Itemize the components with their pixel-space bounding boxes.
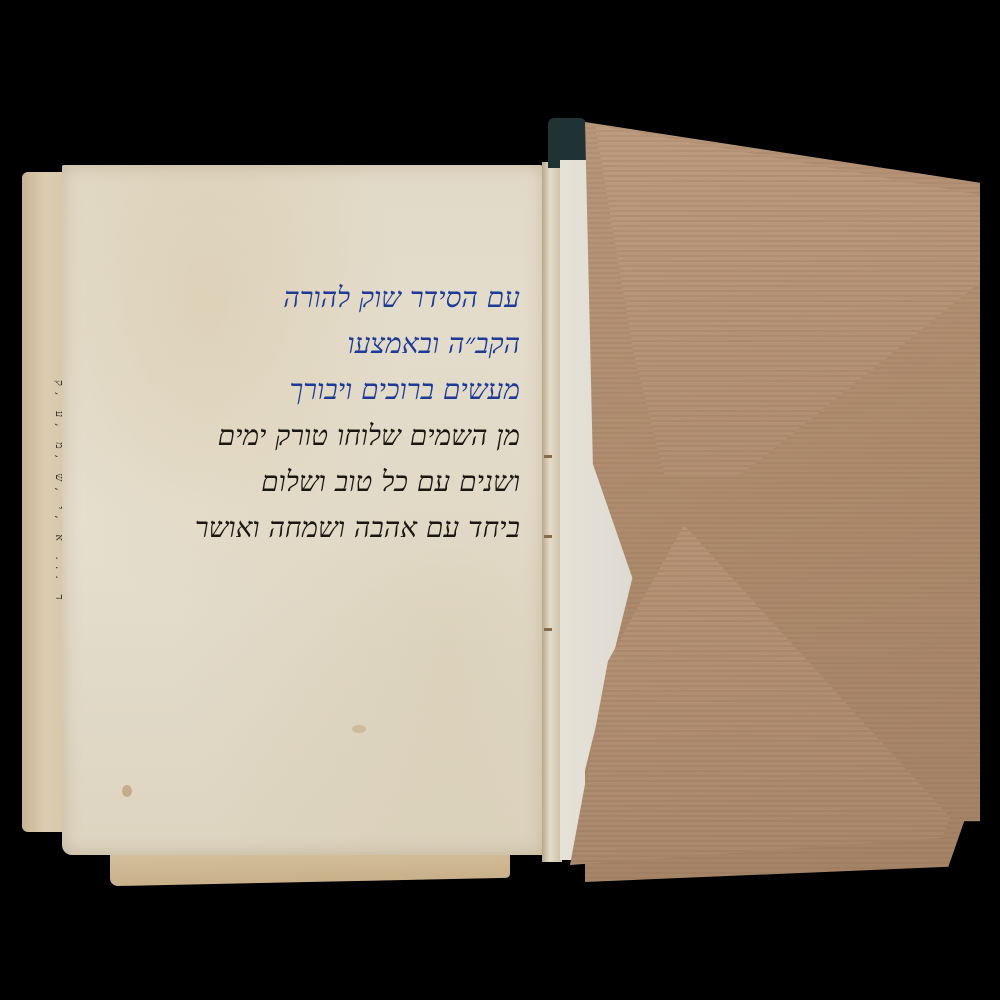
inscription-line-6: ביחד עם אהבה ושמחה ואושר	[70, 505, 520, 551]
binding-stitch	[544, 628, 552, 631]
book-photo: ד ... א ,י ,ש ,מ ,ע ,ק עם הסידר שוק להור…	[0, 0, 1000, 1000]
inscription-line-4: מן השמים שלוחו טורק ימים	[70, 413, 520, 459]
inscription-line-2: הקב״ה ובאמצעו	[70, 321, 520, 367]
book-gutter	[542, 162, 562, 862]
inscription-line-3: מעשים ברוכים ויבורך	[70, 367, 520, 413]
stain	[352, 725, 366, 733]
inscription-line-5: ושנים עם כל טוב ושלום	[70, 459, 520, 505]
handwritten-inscription: עם הסידר שוק להורה הקב״ה ובאמצעו מעשים ב…	[70, 275, 520, 551]
stain	[122, 785, 132, 797]
inscription-line-1: עם הסידר שוק להורה	[70, 275, 520, 321]
binding-stitch	[544, 455, 552, 458]
binding-stitch	[544, 535, 552, 538]
